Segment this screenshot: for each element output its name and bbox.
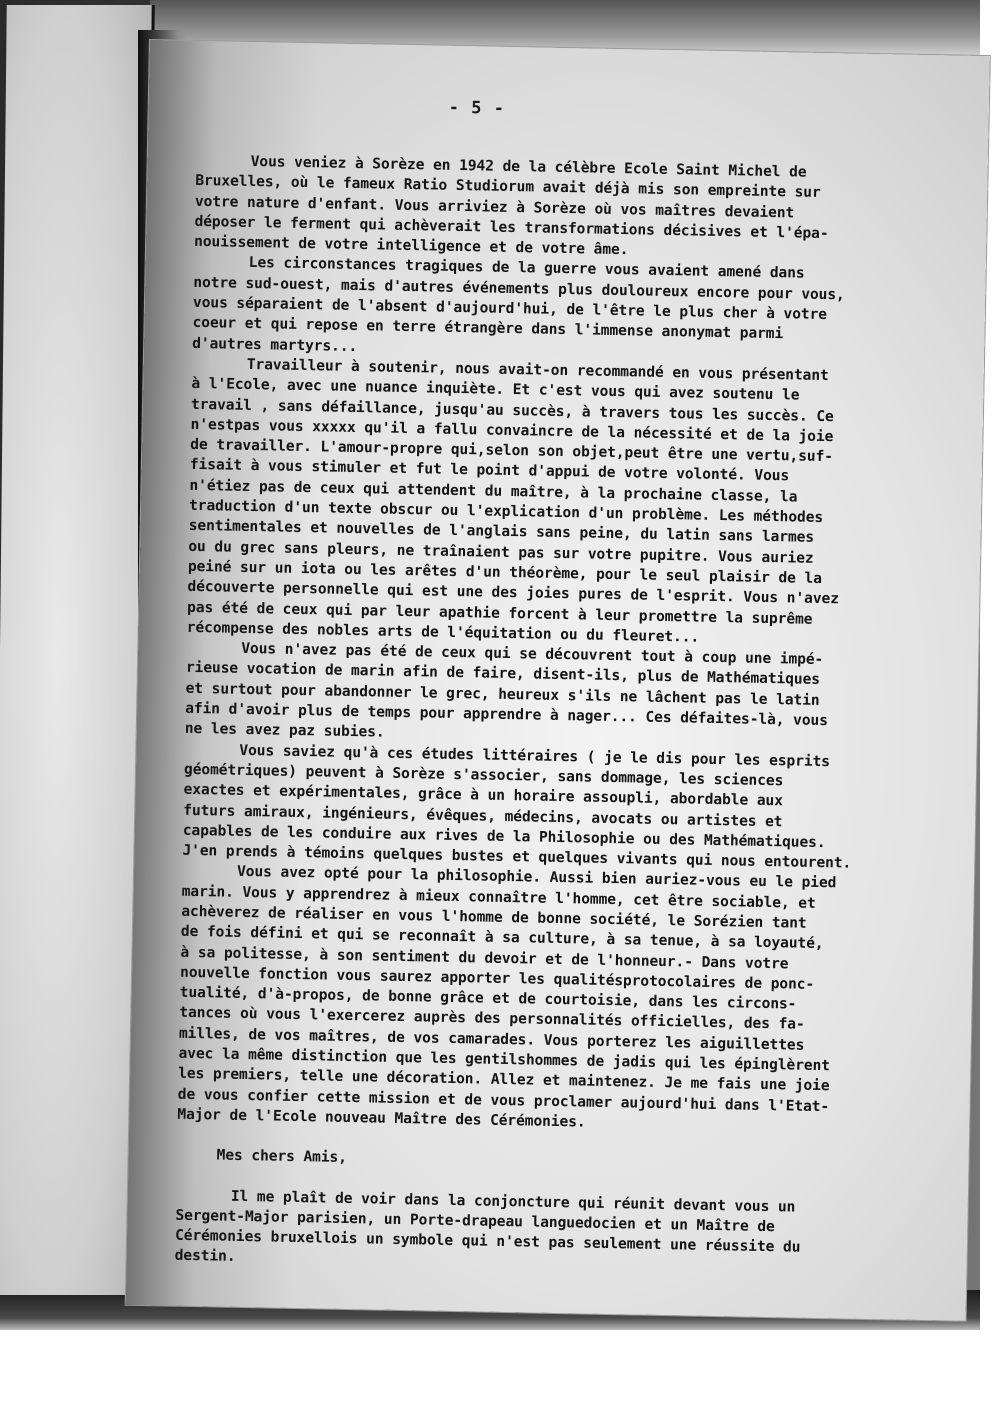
page-number: - 5 - [449,98,506,119]
closing-paragraph: Il me plaît de voir dans la conjoncture … [174,1185,935,1281]
body-paragraphs: Vous veniez à Sorèze en 1942 de la célèb… [177,151,956,1140]
typed-page: - 5 - Vous veniez à Sorèze en 1942 de la… [126,40,990,1321]
scan-bottom-margin [0,1330,1000,1407]
page-body: Vous veniez à Sorèze en 1942 de la célèb… [174,151,955,1281]
